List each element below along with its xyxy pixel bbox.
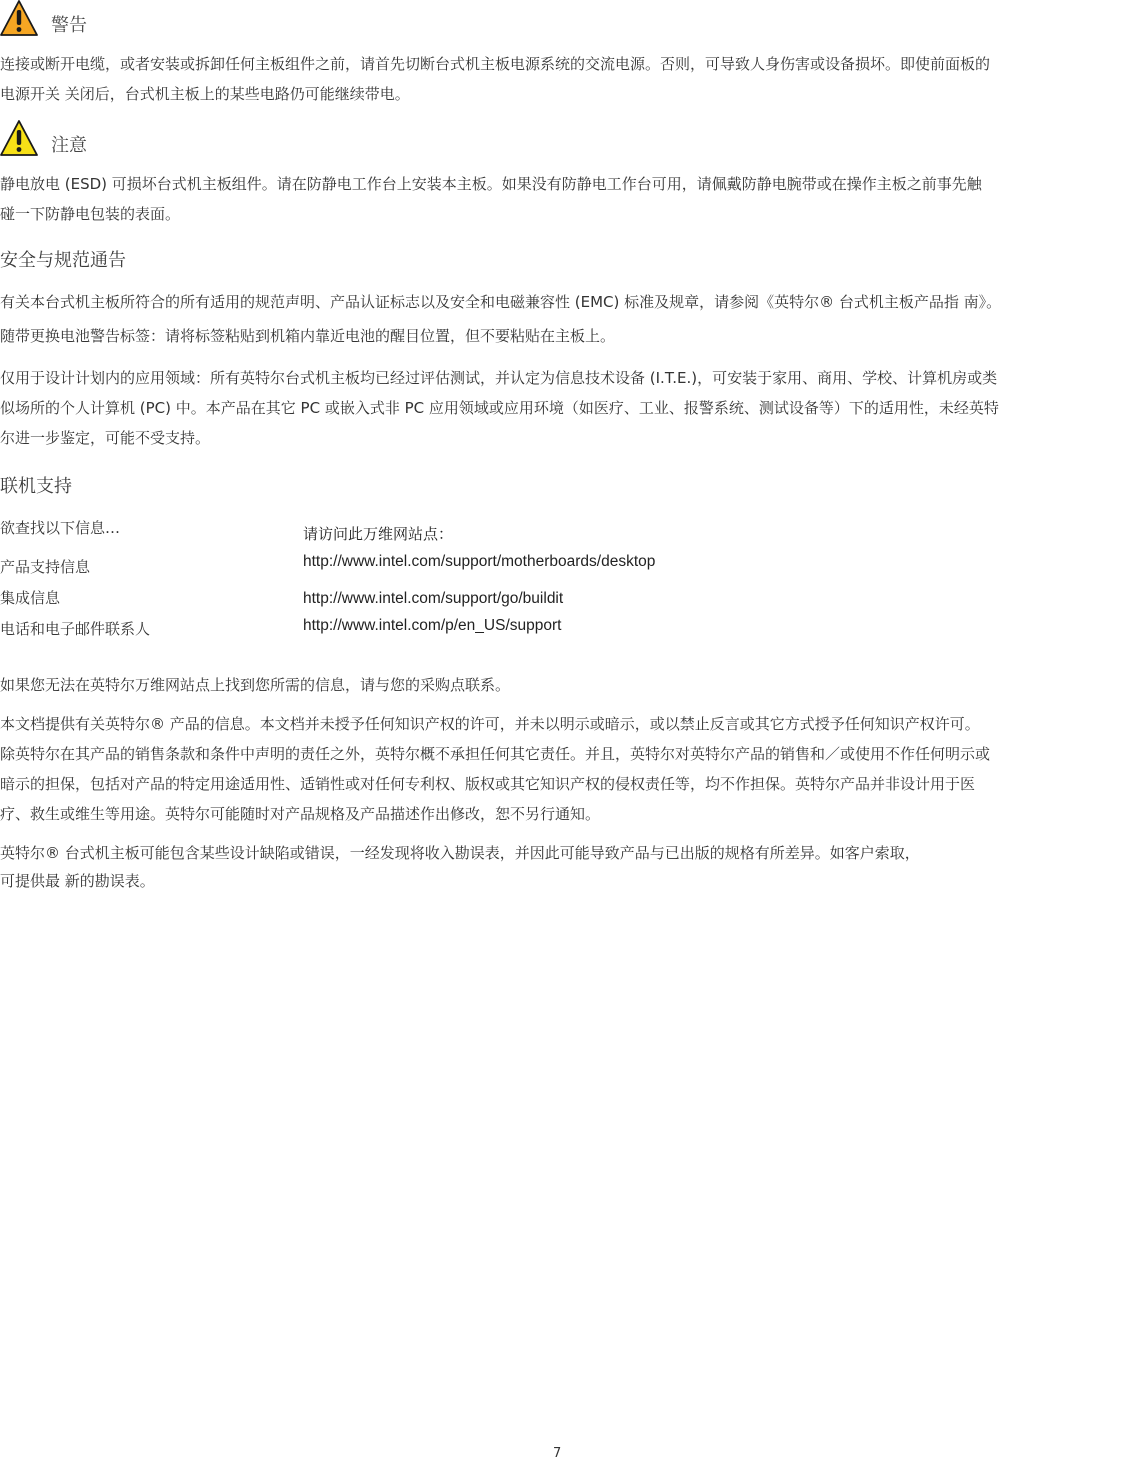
- support-row-url[interactable]: http://www.intel.com/support/go/buildit: [303, 590, 563, 608]
- warning-header: 警告: [0, 0, 87, 36]
- safety-para-battery: 随带更换电池警告标签：请将标签粘贴到机箱内靠近电池的醒目位置，但不要粘贴在主板上…: [0, 321, 1122, 351]
- caution-text: 静电放电 (ESD) 可损坏台式机主板组件。请在防静电工作台上安装本主板。如果没…: [0, 169, 1122, 229]
- warning-text: 连接或断开电缆，或者安装或拆卸任何主板组件之前，请首先切断台式机主板电源系统的交…: [0, 49, 1122, 109]
- caution-title: 注意: [51, 136, 87, 156]
- support-row-label: 电话和电子邮件联系人: [0, 618, 150, 639]
- support-row: 产品支持信息 http://www.intel.com/support/moth…: [0, 556, 900, 580]
- caution-line: 静电放电 (ESD) 可损坏台式机主板组件。请在防静电工作台上安装本主板。如果没…: [0, 169, 1122, 199]
- warning-line: 电源开关 关闭后，台式机主板上的某些电路仍可能继续带电。: [0, 79, 1122, 109]
- support-row: 电话和电子邮件联系人 http://www.intel.com/p/en_US/…: [0, 618, 900, 642]
- errata-para: 英特尔® 台式机主板可能包含某些设计缺陷或错误，一经发现将收入勘误表，并因此可能…: [0, 839, 1122, 895]
- safety-para-intended-use: 仅用于设计计划内的应用领域：所有英特尔台式机主板均已经过评估测试，并认定为信息技…: [0, 363, 1122, 453]
- support-row-url[interactable]: http://www.intel.com/support/motherboard…: [303, 553, 655, 571]
- online-support-title: 联机支持: [0, 476, 72, 498]
- warning-line: 连接或断开电缆，或者安装或拆卸任何主板组件之前，请首先切断台式机主板电源系统的交…: [0, 49, 1122, 79]
- safety-section-title: 安全与规范通告: [0, 250, 126, 272]
- support-row-url[interactable]: http://www.intel.com/p/en_US/support: [303, 617, 561, 635]
- support-row-label: 集成信息: [0, 587, 60, 608]
- page-number: 7: [553, 1446, 561, 1461]
- header-visit-site: 请访问此万维网站点：: [303, 523, 453, 544]
- support-row: 集成信息 http://www.intel.com/support/go/bui…: [0, 587, 900, 611]
- warning-triangle-icon: [0, 0, 38, 36]
- support-table-header: 欲查找以下信息… 请访问此万维网站点：: [0, 517, 900, 541]
- disclaimer-para: 本文档提供有关英特尔® 产品的信息。本文档并未授予任何知识产权的许可，并未以明示…: [0, 709, 1122, 829]
- warning-title: 警告: [51, 16, 87, 36]
- support-row-label: 产品支持信息: [0, 556, 90, 577]
- header-find-info: 欲查找以下信息…: [0, 517, 120, 538]
- safety-para-regulatory: 有关本台式机主板所符合的所有适用的规范声明、产品认证标志以及安全和电磁兼容性 (…: [0, 287, 1122, 317]
- caution-triangle-icon: [0, 120, 38, 156]
- document-page: 警告 连接或断开电缆，或者安装或拆卸任何主板组件之前，请首先切断台式机主板电源系…: [0, 0, 1122, 1462]
- caution-header: 注意: [0, 120, 87, 156]
- contact-para: 如果您无法在英特尔万维网站点上找到您所需的信息，请与您的采购点联系。: [0, 670, 1122, 700]
- caution-line: 碰一下防静电包装的表面。: [0, 199, 1122, 229]
